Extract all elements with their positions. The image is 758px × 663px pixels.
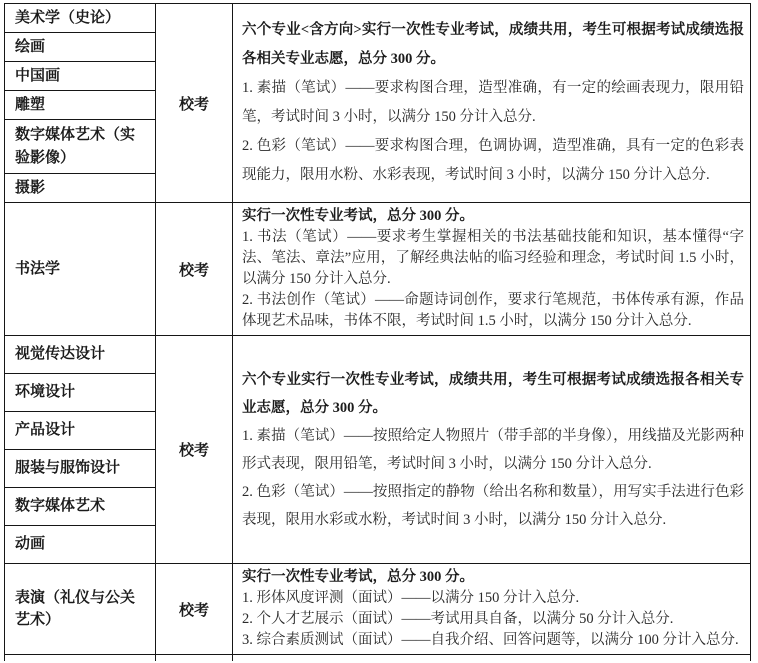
major-cell: 雕塑 [5, 91, 156, 120]
exam-item-text: 1. 素描（笔试）——要求构图合理，造型准确，有一定的绘画表现力，限用铅笔，考试… [242, 74, 744, 132]
major-cell: 动画 [5, 526, 156, 564]
description-cell: 实行一次性专业考试，总分 300 分。 1. 书法（笔试）——要求考生掌握相关的… [233, 203, 751, 336]
major-cell [5, 655, 156, 661]
exam-item-text: 1. 书法（笔试）——要求考生掌握相关的书法基础技能和知识，基本懂得“字法、笔法… [242, 227, 744, 290]
table-row-cutoff [5, 655, 751, 661]
major-cell: 摄影 [5, 174, 156, 203]
exam-item-text: 2. 个人才艺展示（面试）——考试用具自备，以满分 50 分计入总分. [242, 609, 744, 630]
exam-item-text: 1. 形体风度评测（面试）——以满分 150 分计入总分. [242, 588, 744, 609]
section-intro-text: 实行一次性专业考试，总分 300 分。 [242, 567, 744, 588]
exam-item-text: 2. 色彩（笔试）——要求构图合理，色调协调，造型准确，具有一定的色彩表现能力，… [242, 132, 744, 190]
major-cell: 绘画 [5, 33, 156, 62]
table-row: 视觉传达设计 校考 六个专业实行一次性专业考试，成绩共用，考生可根据考试成绩选报… [5, 336, 751, 374]
exam-item-text: 1. 素描（笔试）——按照给定人物照片（带手部的半身像），用线描及光影两种形式表… [242, 422, 744, 478]
major-cell: 数字媒体艺术 [5, 488, 156, 526]
major-cell: 中国画 [5, 62, 156, 91]
description-cell: 六个专业实行一次性专业考试，成绩共用，考生可根据考试成绩选报各相关专业志愿，总分… [233, 336, 751, 564]
major-cell: 环境设计 [5, 374, 156, 412]
exam-type-cell: 校考 [156, 336, 233, 564]
description-cell: 六个专业<含方向>实行一次性专业考试，成绩共用，考生可根据考试成绩选报各相关专业… [233, 4, 751, 203]
major-cell: 数字媒体艺术（实验影像） [5, 120, 156, 174]
section-intro-text: 六个专业实行一次性专业考试，成绩共用，考生可根据考试成绩选报各相关专业志愿，总分… [242, 366, 744, 422]
exam-item-text: 2. 色彩（笔试）——按照指定的静物（给出名称和数量），用写实手法进行色彩表现，… [242, 478, 744, 534]
major-cell: 服装与服饰设计 [5, 450, 156, 488]
major-cell: 视觉传达设计 [5, 336, 156, 374]
exam-table: 美术学（史论） 校考 六个专业<含方向>实行一次性专业考试，成绩共用，考生可根据… [4, 3, 751, 661]
table-row: 表演（礼仪与公关艺术） 校考 实行一次性专业考试，总分 300 分。 1. 形体… [5, 564, 751, 655]
description-cell [233, 655, 751, 661]
section-intro-text: 六个专业<含方向>实行一次性专业考试，成绩共用，考生可根据考试成绩选报各相关专业… [242, 16, 744, 74]
exam-type-cell: 校考 [156, 203, 233, 336]
exam-item-text: 3. 综合素质测试（面试）——自我介绍、回答问题等，以满分 100 分计入总分. [242, 630, 744, 651]
major-cell: 书法学 [5, 203, 156, 336]
table-row: 美术学（史论） 校考 六个专业<含方向>实行一次性专业考试，成绩共用，考生可根据… [5, 4, 751, 33]
exam-item-text: 2. 书法创作（笔试）——命题诗词创作，要求行笔规范，书体传承有源，作品体现艺术… [242, 290, 744, 332]
section-intro-text: 实行一次性专业考试，总分 300 分。 [242, 206, 744, 227]
exam-type-cell: 校考 [156, 4, 233, 203]
exam-type-cell: 校考 [156, 564, 233, 655]
description-cell: 实行一次性专业考试，总分 300 分。 1. 形体风度评测（面试）——以满分 1… [233, 564, 751, 655]
document: 美术学（史论） 校考 六个专业<含方向>实行一次性专业考试，成绩共用，考生可根据… [4, 3, 751, 661]
major-cell: 表演（礼仪与公关艺术） [5, 564, 156, 655]
table-row: 书法学 校考 实行一次性专业考试，总分 300 分。 1. 书法（笔试）——要求… [5, 203, 751, 336]
major-cell: 产品设计 [5, 412, 156, 450]
exam-type-cell [156, 655, 233, 661]
major-cell: 美术学（史论） [5, 4, 156, 33]
